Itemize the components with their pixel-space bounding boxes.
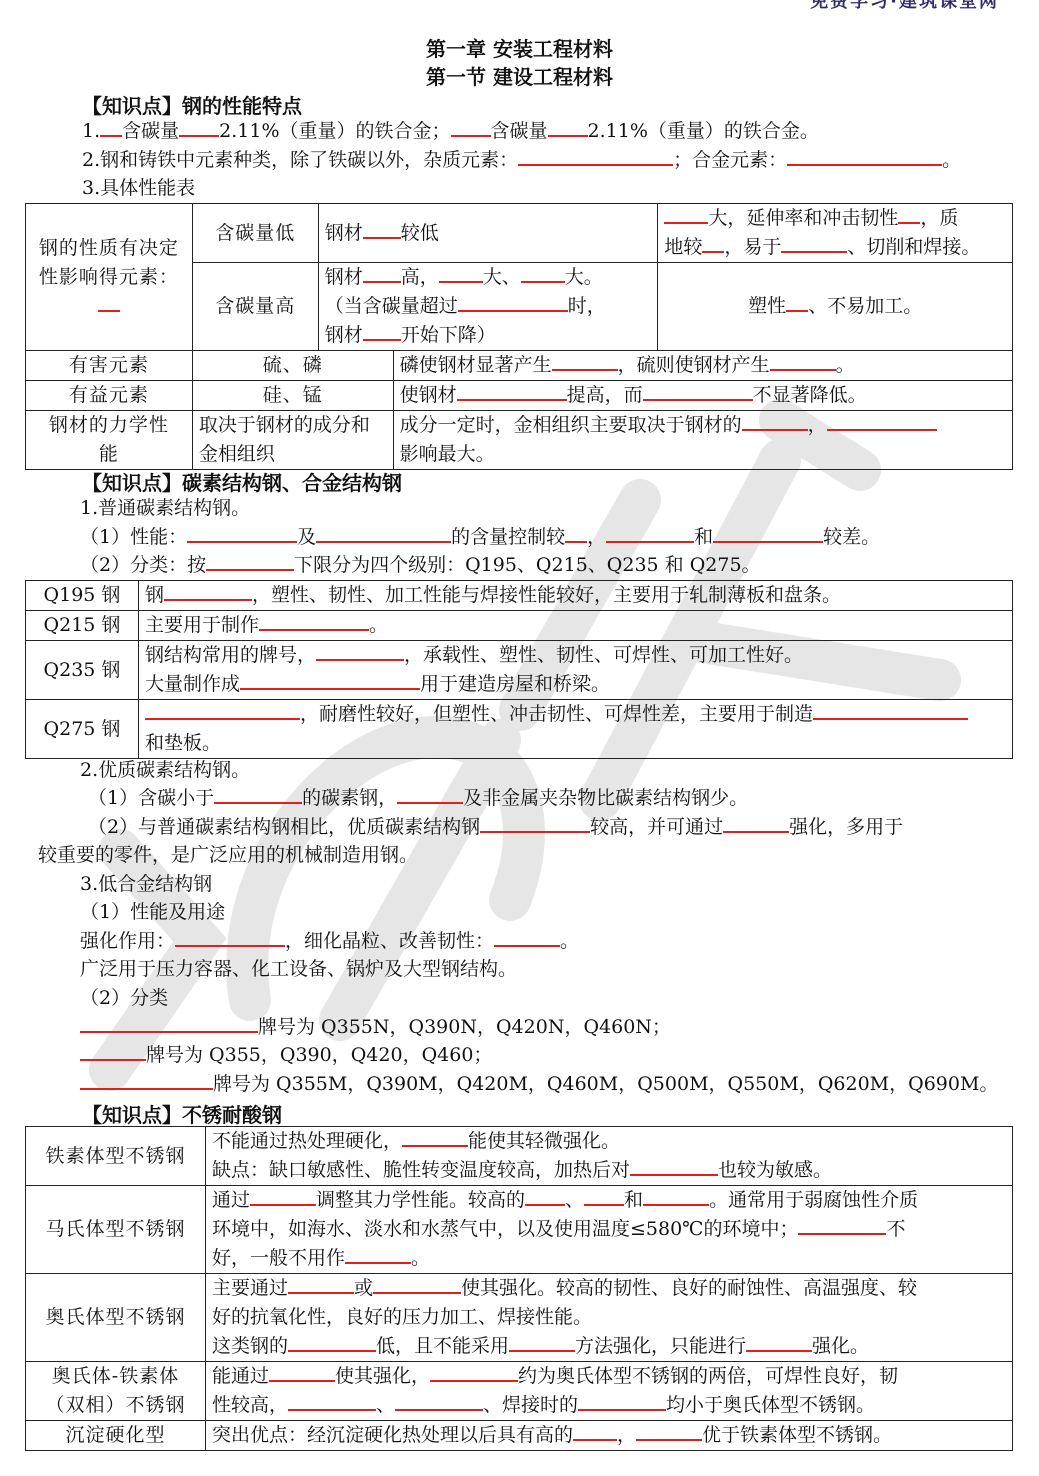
cell-text: 通过调整其力学性能。较高的、和。通常用于弱腐蚀性介质 (212, 1186, 1006, 1215)
fill-in-blank[interactable] (664, 204, 708, 224)
fill-in-blank[interactable] (373, 1274, 461, 1294)
stainless-row: 马氏体型不锈钢通过调整其力学性能。较高的、和。通常用于弱腐蚀性介质环境中，如海水… (26, 1186, 1013, 1274)
fill-in-blank[interactable] (630, 1156, 718, 1176)
fill-in-blank[interactable] (430, 1362, 518, 1382)
steel-properties-table: 钢的性质有决定性影响得元素： 含碳量低 钢材较低 大，延伸率和冲击韧性，质地较，… (25, 203, 1013, 470)
cell-text: 能通过使其强化，约为奥氏体型不锈钢的两倍，可焊性良好，韧 (212, 1362, 1006, 1391)
fill-in-blank[interactable] (552, 351, 618, 371)
cell-text: 成分一定时，金相组织主要取决于钢材的， (400, 411, 1006, 440)
fill-in-blank[interactable] (100, 117, 122, 137)
fill-in-blank[interactable] (269, 1362, 335, 1382)
text-line: （2）分类 (80, 984, 168, 1012)
stainless-type: 奥氏体-铁素体（双相）不锈钢 (26, 1362, 206, 1421)
fill-in-blank[interactable] (259, 611, 369, 631)
grade-desc: 主要用于制作。 (139, 611, 1013, 641)
text-line: （1）性能及用途 (80, 898, 225, 926)
fill-in-blank[interactable] (457, 381, 567, 401)
text-line: （1）性能：及的含量控制较，和较差。 (80, 523, 880, 551)
type-text: （双相）不锈钢 (32, 1391, 199, 1420)
cell-text: 好，一般不用作。 (212, 1244, 1006, 1273)
table-row: 钢材的力学性能 取决于钢材的成分和金相组织 成分一定时，金相组织主要取决于钢材的… (26, 411, 1013, 470)
cell-text: 和垫板。 (145, 729, 1006, 758)
grade-row: Q275 钢，耐磨性较好，但塑性、冲击韧性、可焊性差，主要用于制造和垫板。 (26, 700, 1013, 759)
cell-text: 塑性、不易加工。 (748, 295, 922, 317)
fill-in-blank[interactable] (80, 1041, 146, 1061)
fill-in-blank[interactable] (643, 381, 753, 401)
stainless-type: 铁素体型不锈钢 (26, 1127, 206, 1186)
cell-text: 钢材开始下降） (325, 321, 652, 350)
stainless-row: 奥氏体-铁素体（双相）不锈钢能通过使其强化，约为奥氏体型不锈钢的两倍，可焊性良好… (26, 1362, 1013, 1421)
fill-in-blank[interactable] (363, 219, 401, 239)
stainless-type: 沉淀硬化型 (26, 1421, 206, 1451)
fill-in-blank[interactable] (451, 117, 491, 137)
fill-in-blank[interactable] (787, 146, 942, 166)
fill-in-blank[interactable] (723, 813, 789, 833)
fill-in-blank[interactable] (80, 1013, 258, 1033)
fill-in-blank[interactable] (179, 117, 219, 137)
grade-label: Q215 钢 (26, 611, 139, 641)
fill-in-blank[interactable] (214, 784, 302, 804)
fill-in-blank[interactable] (898, 204, 920, 224)
fill-in-blank[interactable] (494, 927, 560, 947)
fill-in-blank[interactable] (509, 1332, 575, 1352)
fill-in-blank[interactable] (250, 1186, 316, 1206)
fill-in-blank[interactable] (746, 1332, 812, 1352)
cell-text: 钢结构常用的牌号，，承载性、塑性、韧性、可焊性、可加工性好。 (145, 641, 1006, 670)
fill-in-blank[interactable] (80, 1070, 213, 1090)
text-line: 2.钢和铸铁中元素种类，除了铁碳以外，杂质元素：；合金元素：。 (82, 146, 961, 174)
grade-desc: ，耐磨性较好，但塑性、冲击韧性、可焊性差，主要用于制造和垫板。 (139, 700, 1013, 759)
fill-in-blank[interactable] (798, 1215, 886, 1235)
fill-in-blank[interactable] (565, 523, 587, 543)
cell-text: 地较，易于、切削和焊接。 (664, 233, 1006, 262)
cell-text: 影响最大。 (400, 440, 1006, 469)
text-line: （1）含碳小于的碳素钢，及非金属夹杂物比碳素结构钢少。 (88, 784, 748, 812)
fill-in-blank[interactable] (175, 927, 285, 947)
stainless-desc: 突出优点：经沉淀硬化热处理以后具有高的，优于铁素体型不锈钢。 (206, 1421, 1013, 1451)
fill-in-blank[interactable] (288, 1391, 376, 1411)
row-elements: 硅、锰 (192, 381, 393, 411)
knowledge-point-heading-2: 【知识点】碳素结构钢、合金结构钢 (82, 467, 402, 496)
fill-in-blank[interactable] (187, 523, 297, 543)
decisive-element-cell: 钢的性质有决定性影响得元素： (26, 204, 193, 351)
fill-in-blank[interactable] (578, 1391, 666, 1411)
cell-text: 钢材高，大、大。 (325, 263, 652, 292)
fill-in-blank[interactable] (548, 117, 588, 137)
fill-in-blank[interactable] (770, 351, 836, 371)
fill-in-blank[interactable] (288, 1332, 376, 1352)
fill-in-blank[interactable] (439, 263, 483, 283)
fill-in-blank[interactable] (525, 1186, 565, 1206)
text-line: 较重要的零件，是广泛应用的机械制造用钢。 (38, 841, 418, 869)
cell-text: 缺点：缺口敏感性、脆性转变温度较高，加热后对也较为敏感。 (212, 1156, 1006, 1185)
text-line: 1.含碳量2.11%（重量）的铁合金；含碳量2.11%（重量）的铁合金。 (82, 117, 819, 145)
row-desc: 磷使钢材显著产生，硫则使钢材产生。 (393, 351, 1012, 381)
text-line: 1.普通碳素结构钢。 (80, 494, 250, 522)
stainless-type: 奥氏体型不锈钢 (26, 1274, 206, 1362)
row-desc: 成分一定时，金相组织主要取决于钢材的，影响最大。 (393, 411, 1012, 470)
carbon-steel-grade-table: Q195 钢钢，塑性、韧性、加工性能与焊接性能较好，主要用于轧制薄板和盘条。Q2… (25, 580, 1013, 759)
stainless-desc: 不能通过热处理硬化，能使其轻微强化。缺点：缺口敏感性、脆性转变温度较高，加热后对… (206, 1127, 1013, 1186)
stainless-steel-table: 铁素体型不锈钢不能通过热处理硬化，能使其轻微强化。缺点：缺口敏感性、脆性转变温度… (25, 1126, 1013, 1451)
text-line: （2）与普通碳素结构钢相比，优质碳素结构钢较高，并可通过强化，多用于 (88, 813, 903, 841)
stainless-desc: 通过调整其力学性能。较高的、和。通常用于弱腐蚀性介质环境中，如海水、淡水和水蒸气… (206, 1186, 1013, 1274)
row-label: 有益元素 (26, 381, 193, 411)
fill-in-blank[interactable] (402, 1127, 468, 1147)
fill-in-blank[interactable] (98, 292, 120, 312)
cell-text: 磷使钢材显著产生，硫则使钢材产生。 (400, 354, 855, 376)
low-carbon-strength: 钢材较低 (318, 204, 658, 263)
fill-in-blank[interactable] (781, 233, 847, 253)
cell-text: 不能通过热处理硬化，能使其轻微强化。 (212, 1127, 1006, 1156)
cell-text: 主要用于制作。 (145, 611, 1006, 640)
high-carbon-properties: 塑性、不易加工。 (658, 263, 1013, 351)
text-line: （2）分类：按下限分为四个级别：Q195、Q215、Q235 和 Q275。 (80, 551, 761, 579)
text-line: 强化作用：，细化晶粒、改善韧性：。 (80, 927, 579, 955)
text-line: 3.低合金结构钢 (80, 870, 212, 898)
grade-row: Q215 钢主要用于制作。 (26, 611, 1013, 641)
cell-text: 大量制作成用于建造房屋和桥梁。 (145, 670, 1006, 699)
grade-desc: 钢，塑性、韧性、加工性能与焊接性能较好，主要用于轧制薄板和盘条。 (139, 581, 1013, 611)
row-label: 有害元素 (26, 351, 193, 381)
high-carbon-strength: 钢材高，大、大。（当含碳量超过时，钢材开始下降） (318, 263, 658, 351)
fill-in-blank[interactable] (713, 523, 823, 543)
chapter-title: 第一章 安装工程材料 (0, 33, 1039, 62)
cell-text: 性较高，、、焊接时的均小于奥氏体型不锈钢。 (212, 1391, 1006, 1420)
fill-in-blank[interactable] (395, 1391, 483, 1411)
text-line: 牌号为 Q355M，Q390M，Q420M，Q460M，Q500M，Q550M，… (80, 1070, 998, 1098)
row-desc: 使钢材提高，而不显著降低。 (393, 381, 1012, 411)
stainless-type: 马氏体型不锈钢 (26, 1186, 206, 1274)
stainless-row: 沉淀硬化型突出优点：经沉淀硬化热处理以后具有高的，优于铁素体型不锈钢。 (26, 1421, 1013, 1451)
grade-row: Q235 钢钢结构常用的牌号，，承载性、塑性、韧性、可焊性、可加工性好。大量制作… (26, 641, 1013, 700)
row-elements: 硫、磷 (192, 351, 393, 381)
low-carbon-label: 含碳量低 (192, 204, 318, 263)
grade-desc: 钢结构常用的牌号，，承载性、塑性、韧性、可焊性、可加工性好。大量制作成用于建造房… (139, 641, 1013, 700)
cell-text: 使钢材提高，而不显著降低。 (400, 384, 867, 406)
knowledge-point-heading-3: 【知识点】不锈耐酸钢 (82, 1099, 282, 1128)
cell-text: ，耐磨性较好，但塑性、冲击韧性、可焊性差，主要用于制造 (145, 700, 1006, 729)
text-line: 3.具体性能表 (82, 174, 195, 202)
text-line: 广泛用于压力容器、化工设备、锅炉及大型钢结构。 (80, 955, 517, 983)
type-text: 奥氏体-铁素体 (32, 1362, 199, 1391)
fill-in-blank[interactable] (145, 700, 300, 720)
fill-in-blank[interactable] (363, 321, 401, 341)
fill-in-blank[interactable] (702, 233, 724, 253)
section-title: 第一节 建设工程材料 (0, 61, 1039, 90)
fill-in-blank[interactable] (240, 670, 420, 690)
fill-in-blank[interactable] (573, 1421, 617, 1441)
fill-in-blank[interactable] (316, 641, 404, 661)
grade-label: Q195 钢 (26, 581, 139, 611)
grade-row: Q195 钢钢，塑性、韧性、加工性能与焊接性能较好，主要用于轧制薄板和盘条。 (26, 581, 1013, 611)
fill-in-blank[interactable] (458, 292, 568, 312)
text-line: 牌号为 Q355，Q390，Q420，Q460； (80, 1041, 492, 1069)
grade-label: Q235 钢 (26, 641, 139, 700)
cell-text: 这类钢的低，且不能采用方法强化，只能进行强化。 (212, 1332, 1006, 1361)
row-label: 钢材的力学性能 (26, 411, 193, 470)
cell-text: 大，延伸率和冲击韧性，质 (664, 204, 1006, 233)
fill-in-blank[interactable] (206, 551, 294, 571)
knowledge-point-heading-1: 【知识点】钢的性能特点 (82, 90, 302, 119)
stainless-desc: 主要通过或使其强化。较高的韧性、良好的耐蚀性、高温强度、较好的抗氧化性，良好的压… (206, 1274, 1013, 1362)
row-elements: 取决于钢材的成分和金相组织 (192, 411, 393, 470)
low-carbon-properties: 大，延伸率和冲击韧性，质地较，易于、切削和焊接。 (658, 204, 1013, 263)
cell-text: 环境中，如海水、淡水和水蒸气中，以及使用温度≤580℃的环境中；不 (212, 1215, 1006, 1244)
fill-in-blank[interactable] (316, 523, 451, 543)
fill-in-blank[interactable] (521, 263, 565, 283)
stainless-desc: 能通过使其强化，约为奥氏体型不锈钢的两倍，可焊性良好，韧性较高，、、焊接时的均小… (206, 1362, 1013, 1421)
fill-in-blank[interactable] (345, 1244, 411, 1264)
table-row: 有益元素 硅、锰 使钢材提高，而不显著降低。 (26, 381, 1013, 411)
fill-in-blank[interactable] (288, 1274, 354, 1294)
fill-in-blank[interactable] (480, 813, 590, 833)
cell-text: 钢材较低 (325, 222, 439, 244)
cell-text: （当含碳量超过时， (325, 292, 652, 321)
fill-in-blank[interactable] (643, 1186, 709, 1206)
table-row: 有害元素 硫、磷 磷使钢材显著产生，硫则使钢材产生。 (26, 351, 1013, 381)
stainless-row: 奥氏体型不锈钢主要通过或使其强化。较高的韧性、良好的耐蚀性、高温强度、较好的抗氧… (26, 1274, 1013, 1362)
high-carbon-label: 含碳量高 (192, 263, 318, 351)
fill-in-blank[interactable] (786, 292, 808, 312)
stainless-row: 铁素体型不锈钢不能通过热处理硬化，能使其轻微强化。缺点：缺口敏感性、脆性转变温度… (26, 1127, 1013, 1186)
fill-in-blank[interactable] (363, 263, 401, 283)
cell-text: 钢，塑性、韧性、加工性能与焊接性能较好，主要用于轧制薄板和盘条。 (145, 581, 1006, 610)
fill-in-blank[interactable] (397, 784, 463, 804)
text-line: 2.优质碳素结构钢。 (80, 756, 250, 784)
fill-in-blank[interactable] (164, 581, 252, 601)
fill-in-blank[interactable] (827, 411, 937, 431)
text-line: 牌号为 Q355N，Q390N，Q420N，Q460N； (80, 1013, 671, 1041)
fill-in-blank[interactable] (813, 700, 968, 720)
fill-in-blank[interactable] (584, 1186, 624, 1206)
cell-text: 好的抗氧化性，良好的压力加工、焊接性能。 (212, 1303, 1006, 1332)
grade-label: Q275 钢 (26, 700, 139, 759)
fill-in-blank[interactable] (742, 411, 808, 431)
fill-in-blank[interactable] (518, 146, 673, 166)
cell-text: 突出优点：经沉淀硬化热处理以后具有高的，优于铁素体型不锈钢。 (212, 1421, 1006, 1450)
fill-in-blank[interactable] (606, 523, 694, 543)
fill-in-blank[interactable] (636, 1421, 702, 1441)
page-header-clipped: 免费学习·建筑课堂网 (810, 0, 999, 13)
cell-text: 钢的性质有决定性影响得元素： (39, 237, 179, 317)
cell-text: 主要通过或使其强化。较高的韧性、良好的耐蚀性、高温强度、较 (212, 1274, 1006, 1303)
